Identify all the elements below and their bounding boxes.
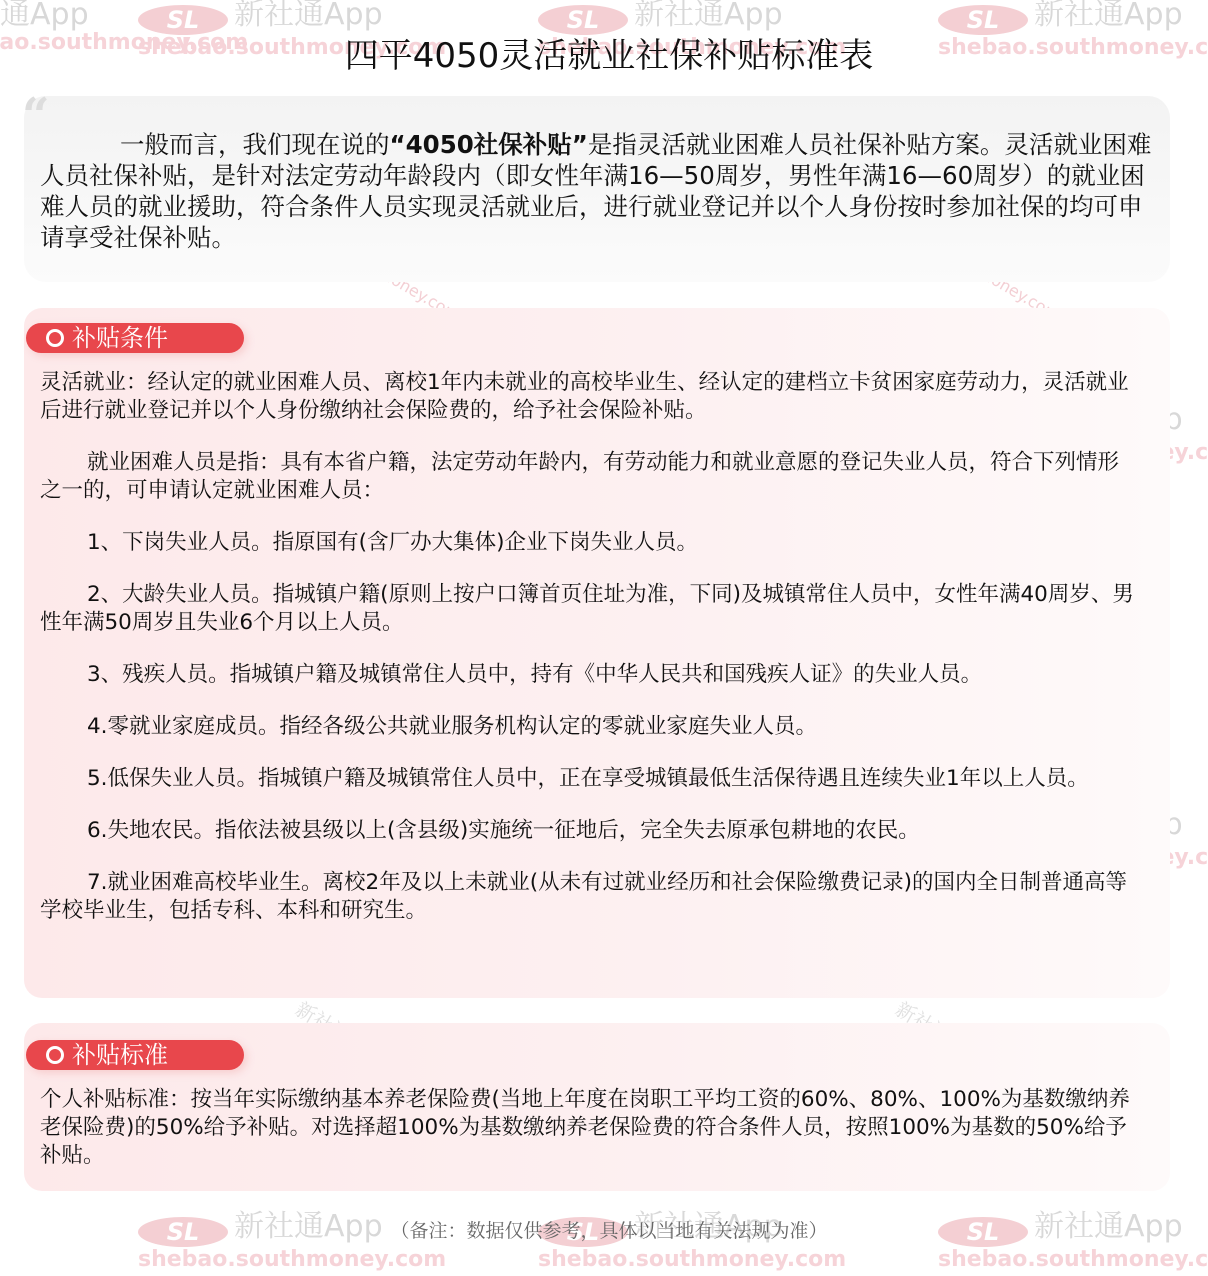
list-item: 4.零就业家庭成员。指经各级公共就业服务机构认定的零就业家庭失业人员。 [40,713,1140,741]
circle-icon [46,329,64,347]
watermark-url: shebao.southmoney.com [138,1249,446,1271]
watermark-url: shebao.southmoney.com [938,1249,1208,1271]
paragraph: 就业困难人员是指：具有本省户籍，法定劳动年龄内，有劳动能力和就业意愿的登记失业人… [40,449,1140,505]
section-heading-label: 补贴条件 [72,324,168,352]
list-item: 1、下岗失业人员。指原国有(含厂办大集体)企业下岗失业人员。 [40,529,1140,557]
footer-note: （备注：数据仅供参考，具体以当地有关法规为准） [0,1216,1208,1243]
section-heading-standards: 补贴标准 [26,1040,244,1070]
page-title: 四平4050灵活就业社保补贴标准表 [0,28,1208,77]
paragraph: 个人补贴标准：按当年实际缴纳基本养老保险费(当地上年度在岗职工平均工资的60%、… [40,1086,1140,1170]
intro-highlight: “4050社保补贴” [390,130,588,159]
section-heading-label: 补贴标准 [72,1041,168,1069]
list-item: 7.就业困难高校毕业生。离校2年及以上未就业(从未有过就业经历和社会保险缴费记录… [40,869,1140,925]
list-item: 3、残疾人员。指城镇户籍及城镇常住人员中，持有《中华人民共和国残疾人证》的失业人… [40,661,1140,689]
circle-icon [46,1046,64,1064]
watermark-url: shebao.southmoney.com [538,1249,846,1271]
intro-text: 一般而言，我们现在说的“4050社保补贴”是指灵活就业困难人员社保补贴方案。灵活… [40,129,1155,253]
list-item: 2、大龄失业人员。指城镇户籍(原则上按户口簿首页住址为准，下同)及城镇常住人员中… [40,581,1140,637]
intro-prefix: 一般而言，我们现在说的 [120,130,390,159]
standards-body: 个人补贴标准：按当年实际缴纳基本养老保险费(当地上年度在岗职工平均工资的60%、… [40,1086,1140,1194]
list-item: 5.低保失业人员。指城镇户籍及城镇常住人员中，正在享受城镇最低生活保待遇且连续失… [40,765,1140,793]
conditions-body: 灵活就业：经认定的就业困难人员、离校1年内未就业的高校毕业生、经认定的建档立卡贫… [40,369,1140,949]
paragraph: 灵活就业：经认定的就业困难人员、离校1年内未就业的高校毕业生、经认定的建档立卡贫… [40,369,1140,425]
section-heading-conditions: 补贴条件 [26,323,244,353]
list-item: 6.失地农民。指依法被县级以上(含县级)实施统一征地后，完全失去原承包耕地的农民… [40,817,1140,845]
